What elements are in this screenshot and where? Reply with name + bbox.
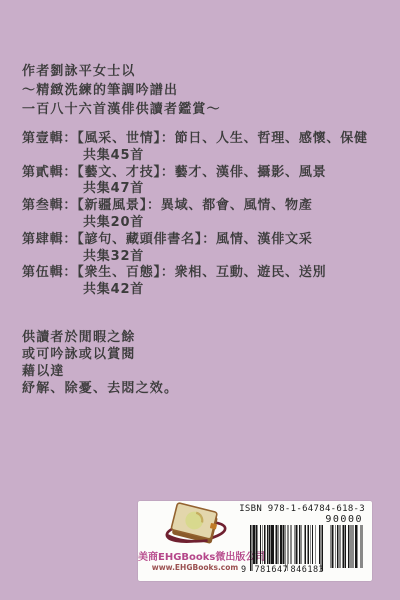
volume-count-5: 共集42首 [83,282,368,299]
volume-categories: ：藝才、漢俳、攝影、風景 [161,165,327,180]
outro-line-2: 或可吟詠或以賞閱 [22,346,178,363]
volume-categories: ：衆相、互動、遊民、送別 [161,265,327,280]
outro-line-1: 供讀者於閒暇之餘 [22,329,178,346]
volume-label: 第貳輯： [22,165,77,180]
ean13-digit-lead: 9 [241,565,247,575]
volume-label: 第肆輯： [22,232,77,247]
ehgbooks-logo-icon [156,502,236,549]
volume-title: 【諺句、藏頭俳書名】 [77,232,202,247]
volume-entry-3: 第叁輯：【新疆風景】：異域、都會、風情、物產 [22,198,368,215]
barcode-supplement-text: 90000 [325,514,363,525]
volume-count-3: 共集20首 [83,215,368,232]
volume-categories: ：風情、漢俳文采 [202,232,312,247]
intro-line-3: 一百八十六首漢俳供讀者鑑賞～ [22,100,221,119]
publisher-name: 美商EHGBooks微出版公司 [138,548,252,563]
ean13-digits-right: 846183 [291,565,325,575]
volume-categories: ：異域、都會、風情、物產 [147,198,313,213]
isbn-label: ISBN 978-1-64784-618-3 [239,504,365,514]
volume-count-1: 共集45首 [83,148,368,165]
volume-entry-4: 第肆輯：【諺句、藏頭俳書名】：風情、漢俳文采 [22,232,368,249]
outro-line-3: 藉以達 [22,363,178,380]
volume-count-2: 共集47首 [83,181,368,198]
volume-entry-1: 第壹輯：【風采、世情】：節日、人生、哲理、感懷、保健 [22,131,368,148]
volume-label: 第叁輯： [22,198,77,213]
volume-label: 第伍輯： [22,265,77,280]
volume-title: 【衆生、百態】 [77,265,161,280]
intro-block: 作者劉詠平女士以 ～精緻洗練的筆調吟譜出 一百八十六首漢俳供讀者鑑賞～ [22,62,221,119]
outro-block: 供讀者於閒暇之餘 或可吟詠或以賞閱 藉以達 紓解、除憂、去悶之效。 [22,329,178,397]
volume-count-4: 共集32首 [83,249,368,266]
ean5-supplement-barcode [330,525,363,568]
volume-categories: ：節日、人生、哲理、感懷、保健 [161,131,368,146]
publisher-website: www.EHGBooks.com [140,563,250,572]
book-back-cover: 作者劉詠平女士以 ～精緻洗練的筆調吟譜出 一百八十六首漢俳供讀者鑑賞～ 第壹輯：… [0,0,400,600]
volume-title: 【藝文、才技】 [77,165,161,180]
ean13-digits-left: 781647 [255,565,289,575]
intro-line-2: ～精緻洗練的筆調吟譜出 [22,81,221,100]
intro-line-1: 作者劉詠平女士以 [22,62,221,81]
outro-line-4: 紓解、除憂、去悶之效。 [22,380,178,397]
publisher-barcode-panel: 美商EHGBooks微出版公司 www.EHGBooks.com ISBN 97… [138,501,372,581]
volume-title: 【新疆風景】 [77,198,147,213]
volume-label: 第壹輯： [22,131,77,146]
volume-title: 【風采、世情】 [77,131,161,146]
volume-list: 第壹輯：【風采、世情】：節日、人生、哲理、感懷、保健 共集45首 第貳輯：【藝文… [22,131,368,299]
volume-entry-5: 第伍輯：【衆生、百態】：衆相、互動、遊民、送別 [22,265,368,282]
volume-entry-2: 第貳輯：【藝文、才技】：藝才、漢俳、攝影、風景 [22,165,368,182]
